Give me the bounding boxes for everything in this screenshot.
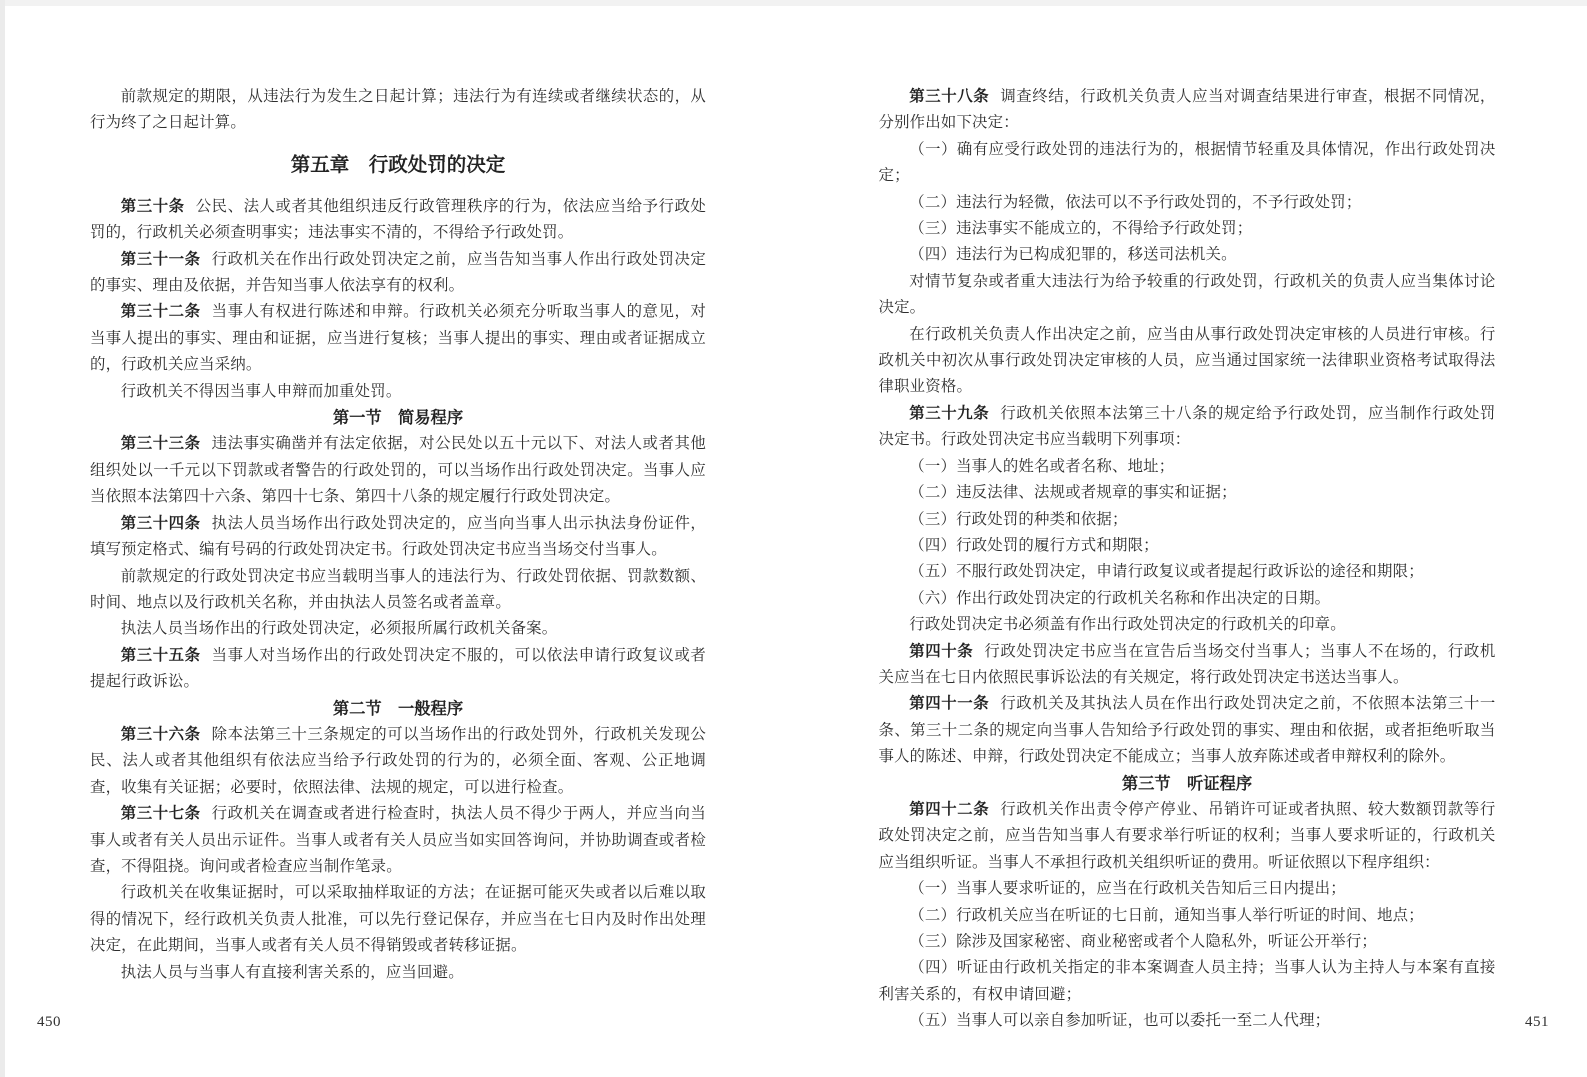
paragraph: （一）确有应受行政处罚的违法行为的，根据情节轻重及具体情况，作出行政处罚决定； — [879, 137, 1496, 190]
section-heading: 第一节 简易程序 — [90, 405, 706, 431]
paragraph: （五）当事人可以亲自参加听证，也可以委托一至二人代理； — [879, 1008, 1496, 1034]
paragraph: 执法人员与当事人有直接利害关系的，应当回避。 — [90, 960, 706, 986]
section-heading: 第二节 一般程序 — [90, 696, 706, 722]
paragraph: 第三十八条调查终结，行政机关负责人应当对调查结果进行审查，根据不同情况，分别作出… — [879, 84, 1496, 137]
article-number: 第四十一条 — [909, 695, 989, 712]
paragraph: （四）违法行为已构成犯罪的，移送司法机关。 — [879, 242, 1496, 268]
paragraph: 第三十三条违法事实确凿并有法定依据，对公民处以五十元以下、对法人或者其他组织处以… — [90, 431, 706, 510]
paragraph: （一）当事人的姓名或者名称、地址； — [879, 454, 1496, 480]
article-number: 第三十八条 — [909, 88, 989, 105]
page-right: 第三十八条调查终结，行政机关负责人应当对调查结果进行审查，根据不同情况，分别作出… — [794, 0, 1587, 1077]
article-number: 第三十二条 — [121, 303, 201, 320]
article-number: 第三十九条 — [909, 405, 989, 422]
paragraph: 第三十六条除本法第三十三条规定的可以当场作出的行政处罚外，行政机关发现公民、法人… — [90, 722, 706, 801]
paragraph: 行政处罚决定书必须盖有作出行政处罚决定的行政机关的印章。 — [879, 612, 1496, 638]
paragraph: 第三十二条当事人有权进行陈述和申辩。行政机关必须充分听取当事人的意见，对当事人提… — [90, 299, 706, 378]
section-heading: 第三节 听证程序 — [879, 771, 1496, 797]
paragraph: 第三十九条行政机关依照本法第三十八条的规定给予行政处罚，应当制作行政处罚决定书。… — [879, 401, 1496, 454]
article-number: 第四十二条 — [909, 801, 989, 818]
paragraph: （五）不服行政处罚决定，申请行政复议或者提起行政诉讼的途径和期限； — [879, 559, 1496, 585]
paragraph: 第四十二条行政机关作出责令停产停业、吊销许可证或者执照、较大数额罚款等行政处罚决… — [879, 797, 1496, 876]
article-number: 第三十条 — [121, 198, 185, 215]
page-left-content: 前款规定的期限，从违法行为发生之日起计算；违法行为有连续或者继续状态的，从行为终… — [90, 84, 706, 986]
paragraph: 前款规定的行政处罚决定书应当载明当事人的违法行为、行政处罚依据、罚款数额、时间、… — [90, 564, 706, 617]
paragraph: （四）听证由行政机关指定的非本案调查人员主持；当事人认为主持人与本案有直接利害关… — [879, 955, 1496, 1008]
paragraph: （四）行政处罚的履行方式和期限； — [879, 533, 1496, 559]
chapter-heading: 第五章 行政处罚的决定 — [90, 149, 706, 182]
article-number: 第三十五条 — [121, 647, 201, 664]
paragraph: 第三十七条行政机关在调查或者进行检查时，执法人员不得少于两人，并应当向当事人或者… — [90, 801, 706, 880]
paragraph: 对情节复杂或者重大违法行为给予较重的行政处罚，行政机关的负责人应当集体讨论决定。 — [879, 269, 1496, 322]
page-left: 前款规定的期限，从违法行为发生之日起计算；违法行为有连续或者继续状态的，从行为终… — [0, 0, 794, 1077]
article-number: 第三十六条 — [121, 726, 201, 743]
paragraph: 执法人员当场作出的行政处罚决定，必须报所属行政机关备案。 — [90, 616, 706, 642]
paragraph: 在行政机关负责人作出决定之前，应当由从事行政处罚决定审核的人员进行审核。行政机关… — [879, 322, 1496, 401]
article-number: 第三十三条 — [121, 435, 201, 452]
paragraph: （三）行政处罚的种类和依据； — [879, 507, 1496, 533]
paragraph: 第三十五条当事人对当场作出的行政处罚决定不服的，可以依法申请行政复议或者提起行政… — [90, 643, 706, 696]
page-number-left: 450 — [37, 1014, 61, 1031]
paragraph: （二）违反法律、法规或者规章的事实和证据； — [879, 480, 1496, 506]
paragraph: （二）行政机关应当在听证的七日前，通知当事人举行听证的时间、地点； — [879, 903, 1496, 929]
paragraph: （一）当事人要求听证的，应当在行政机关告知后三日内提出； — [879, 876, 1496, 902]
paragraph: （三）除涉及国家秘密、商业秘密或者个人隐私外，听证公开举行； — [879, 929, 1496, 955]
book-spread: 前款规定的期限，从违法行为发生之日起计算；违法行为有连续或者继续状态的，从行为终… — [0, 0, 1587, 1077]
article-number: 第三十四条 — [121, 515, 201, 532]
article-number: 第四十条 — [909, 643, 973, 660]
paragraph: 前款规定的期限，从违法行为发生之日起计算；违法行为有连续或者继续状态的，从行为终… — [90, 84, 706, 137]
paragraph: （六）作出行政处罚决定的行政机关名称和作出决定的日期。 — [879, 586, 1496, 612]
paragraph: 第三十一条行政机关在作出行政处罚决定之前，应当告知当事人作出行政处罚决定的事实、… — [90, 247, 706, 300]
paragraph: 第三十四条执法人员当场作出行政处罚决定的，应当向当事人出示执法身份证件，填写预定… — [90, 511, 706, 564]
paragraph: 行政机关在收集证据时，可以采取抽样取证的方法；在证据可能灭失或者以后难以取得的情… — [90, 880, 706, 959]
paragraph: 行政机关不得因当事人申辩而加重处罚。 — [90, 379, 706, 405]
page-right-content: 第三十八条调查终结，行政机关负责人应当对调查结果进行审查，根据不同情况，分别作出… — [879, 84, 1496, 1035]
article-number: 第三十一条 — [121, 251, 201, 268]
paragraph: （二）违法行为轻微，依法可以不予行政处罚的，不予行政处罚； — [879, 190, 1496, 216]
article-number: 第三十七条 — [121, 805, 201, 822]
paragraph: 第四十一条行政机关及其执法人员在作出行政处罚决定之前，不依照本法第三十一条、第三… — [879, 691, 1496, 770]
paragraph: 第四十条行政处罚决定书应当在宣告后当场交付当事人；当事人不在场的，行政机关应当在… — [879, 639, 1496, 692]
paragraph: （三）违法事实不能成立的，不得给予行政处罚； — [879, 216, 1496, 242]
paragraph: 第三十条公民、法人或者其他组织违反行政管理秩序的行为，依法应当给予行政处罚的，行… — [90, 194, 706, 247]
page-number-right: 451 — [1525, 1014, 1549, 1031]
